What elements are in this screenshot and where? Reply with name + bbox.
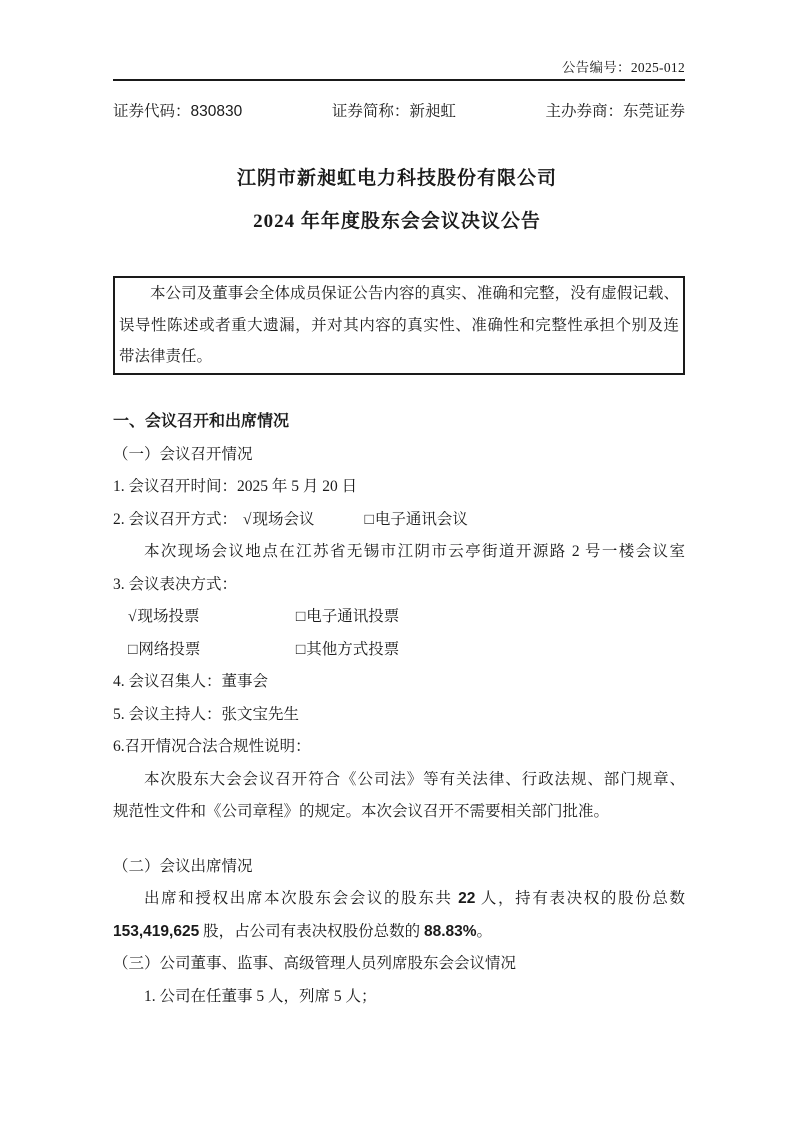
attendance-line-2: 153,419,625 股，占公司有表决权股份总数的 88.83%。 xyxy=(113,916,685,949)
securities-code-label: 证券代码： xyxy=(113,103,191,120)
convener-line: 4. 会议召集人：董事会 xyxy=(113,666,685,699)
meeting-time-line: 1. 会议召开时间：2025 年 5 月 20 日 xyxy=(113,471,685,504)
meeting-method-label: 2. 会议召开方式： xyxy=(113,511,237,528)
option-label: 现场会议 xyxy=(253,511,315,528)
attendance-text: 人，持有表决权的股份总数 xyxy=(475,890,685,907)
checkmark-icon: √ xyxy=(128,608,137,625)
option-label: 电子通讯会议 xyxy=(375,511,468,528)
disclaimer-line: 本公司及董事会全体成员保证公告内容的真实、准确和完整，没有虚假记载、 xyxy=(119,278,679,310)
securities-short-name: 证券简称：新昶虹 xyxy=(332,102,456,122)
meeting-method-line: 2. 会议召开方式：√现场会议□电子通讯会议 xyxy=(113,504,685,537)
securities-info-bar: 证券代码：830830 证券简称：新昶虹 主办券商：东莞证券 xyxy=(113,102,685,122)
disclaimer-line: 误导性陈述或者重大遗漏，并对其内容的真实性、准确性和完整性承担个别及连 xyxy=(119,310,679,342)
subsection-2-heading: （二）会议出席情况 xyxy=(113,851,685,884)
sponsor-broker-value: 东莞证券 xyxy=(623,103,685,120)
shareholder-count: 22 xyxy=(458,890,475,907)
legality-label-line: 6.召开情况合法合规性说明： xyxy=(113,731,685,764)
option-label: 现场投票 xyxy=(138,608,200,625)
legality-text-line: 本次股东大会会议召开符合《公司法》等有关法律、行政法规、部门规章、 xyxy=(113,764,685,797)
securities-short-name-label: 证券简称： xyxy=(332,103,410,120)
option-label: 网络投票 xyxy=(138,641,200,658)
attendance-text: 。 xyxy=(477,923,493,940)
header-divider xyxy=(113,79,685,81)
securities-code: 证券代码：830830 xyxy=(113,102,242,122)
sponsor-broker: 主办券商：东莞证券 xyxy=(545,102,685,122)
vote-option-telecom: □电子通讯投票 xyxy=(296,608,399,625)
announcement-number: 公告编号：2025-012 xyxy=(562,56,685,76)
voting-method-label: 3. 会议表决方式： xyxy=(113,569,685,602)
disclaimer-box: 本公司及董事会全体成员保证公告内容的真实、准确和完整，没有虚假记载、 误导性陈述… xyxy=(113,276,685,375)
document-page: 公告编号：2025-012 证券代码：830830 证券简称：新昶虹 主办券商：… xyxy=(0,0,794,1123)
checkmark-icon: √ xyxy=(243,511,252,528)
securities-short-name-value: 新昶虹 xyxy=(409,103,456,120)
checkbox-empty-icon: □ xyxy=(365,511,374,528)
voting-options-row-1: √现场投票 □电子通讯投票 xyxy=(113,601,685,634)
voting-options-row-2: □网络投票 □其他方式投票 xyxy=(113,634,685,667)
subsection-1-heading: （一）会议召开情况 xyxy=(113,439,685,472)
document-body: 一、会议召开和出席情况 （一）会议召开情况 1. 会议召开时间：2025 年 5… xyxy=(113,406,685,1013)
meeting-method-option-telecom: □电子通讯会议 xyxy=(365,511,468,528)
vote-option-network: □网络投票 xyxy=(128,634,292,667)
attendance-line-1: 出席和授权出席本次股东会会议的股东共 22 人，持有表决权的股份总数 xyxy=(113,883,685,916)
announcement-title: 2024 年年度股东会会议决议公告 xyxy=(0,211,794,233)
securities-code-value: 830830 xyxy=(191,103,243,120)
company-name-title: 江阴市新昶虹电力科技股份有限公司 xyxy=(0,168,794,190)
meeting-venue-line: 本次现场会议地点在江苏省无锡市江阴市云亭街道开源路 2 号一楼会议室 xyxy=(113,536,685,569)
disclaimer-line: 带法律责任。 xyxy=(119,341,679,373)
voting-shares-percent: 88.83% xyxy=(424,923,477,940)
chairperson-line: 5. 会议主持人：张文宝先生 xyxy=(113,699,685,732)
attendance-text: 股，占公司有表决权股份总数的 xyxy=(199,923,424,940)
attendance-text: 出席和授权出席本次股东会会议的股东共 xyxy=(144,890,458,907)
meeting-method-option-onsite: √现场会议 xyxy=(243,511,315,528)
vote-option-onsite: √现场投票 xyxy=(128,601,292,634)
sponsor-broker-label: 主办券商： xyxy=(545,103,623,120)
directors-attendance-line: 1. 公司在任董事 5 人，列席 5 人； xyxy=(113,981,685,1014)
checkbox-empty-icon: □ xyxy=(296,608,305,625)
subsection-3-heading: （三）公司董事、监事、高级管理人员列席股东会会议情况 xyxy=(113,948,685,981)
legality-text-line: 规范性文件和《公司章程》的规定。本次会议召开不需要相关部门批准。 xyxy=(113,796,685,829)
checkbox-empty-icon: □ xyxy=(128,641,137,658)
option-label: 电子通讯投票 xyxy=(306,608,399,625)
section-1-heading: 一、会议召开和出席情况 xyxy=(113,406,685,439)
checkbox-empty-icon: □ xyxy=(296,641,305,658)
option-label: 其他方式投票 xyxy=(306,641,399,658)
voting-shares-count: 153,419,625 xyxy=(113,923,199,940)
vote-option-other: □其他方式投票 xyxy=(296,641,399,658)
